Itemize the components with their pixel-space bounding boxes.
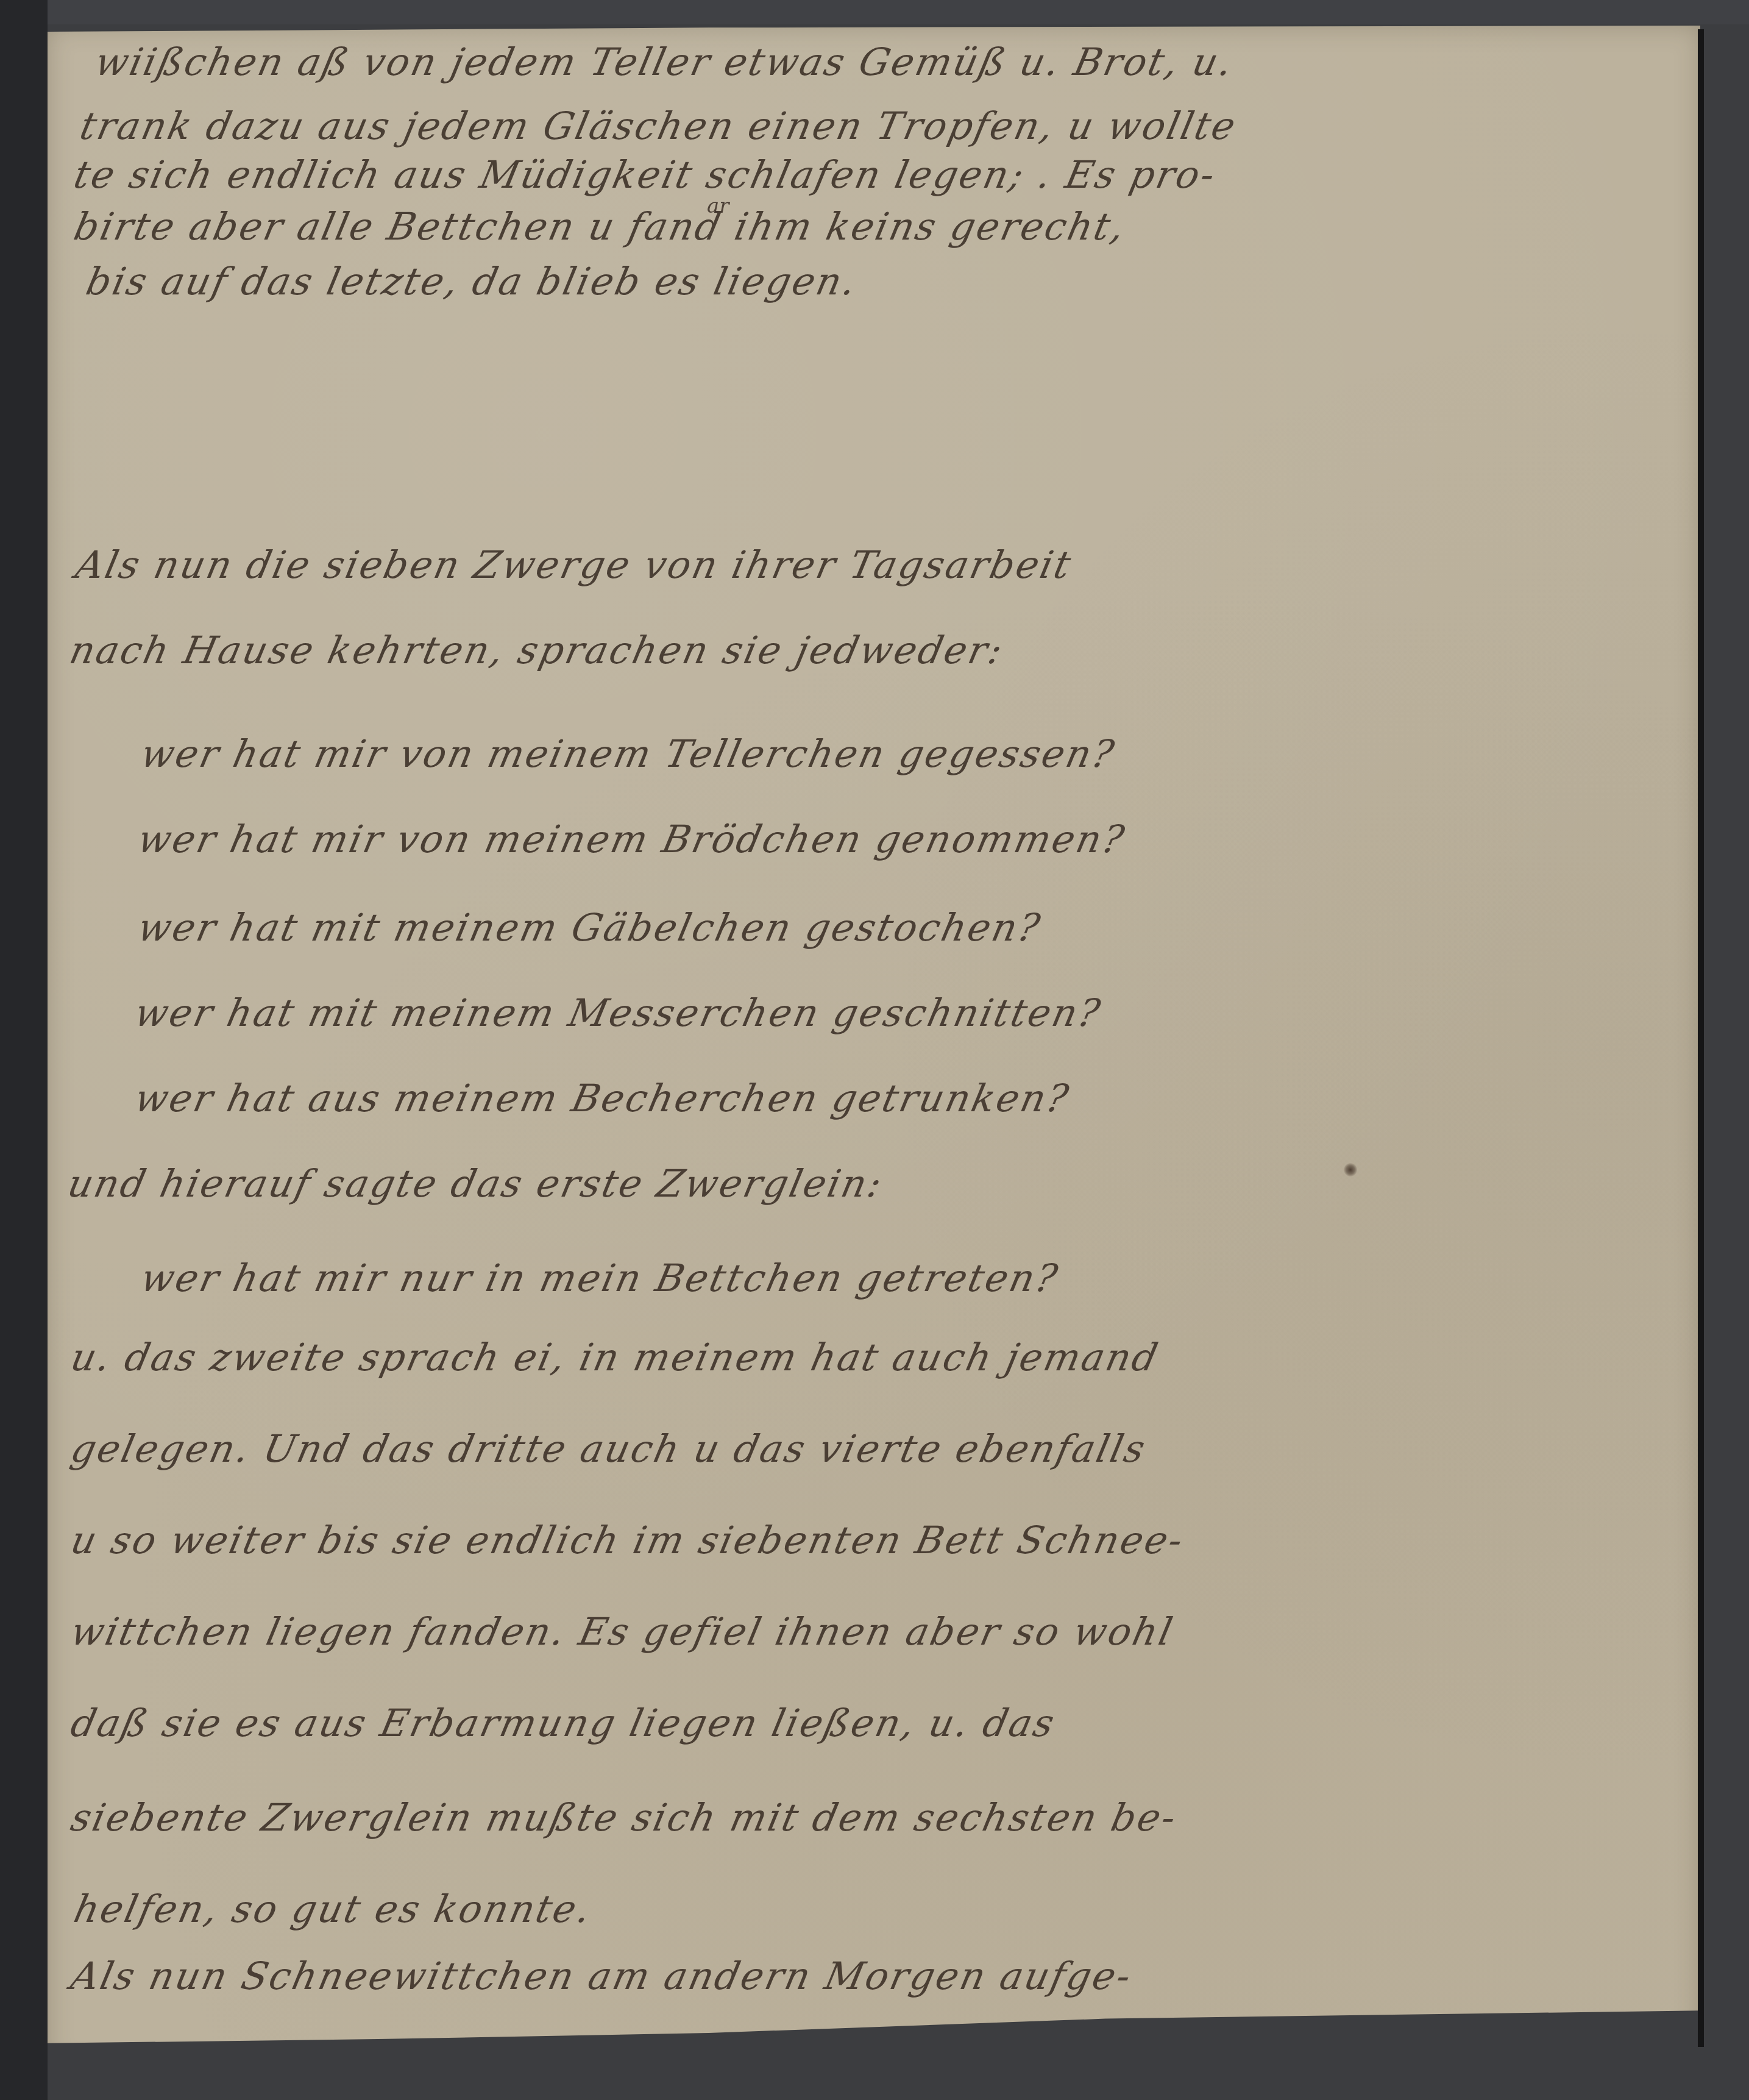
manuscript-line-2: trank dazu aus jedem Gläschen einen Trop… bbox=[76, 104, 1241, 148]
manuscript-line-17: u so weiter bis sie endlich im siebenten… bbox=[67, 1518, 1188, 1562]
left-mount-strip bbox=[0, 0, 48, 2100]
manuscript-line-13: und hierauf sagte das erste Zwerglein: bbox=[64, 1161, 887, 1206]
manuscript-line-15: u. das zweite sprach ei, in meinem hat a… bbox=[67, 1335, 1163, 1379]
manuscript-line-7: nach Hause kehrten, sprachen sie jedwede… bbox=[66, 628, 1008, 672]
manuscript-line-19: daß sie es aus Erbarmung liegen ließen, … bbox=[67, 1701, 1060, 1745]
manuscript-line-22: Als nun Schneewittchen am andern Morgen … bbox=[67, 1954, 1137, 1998]
manuscript-line-21: helfen, so gut es konnte. bbox=[70, 1887, 596, 1931]
manuscript-line-1: wiißchen aß von jedem Teller etwas Gemüß… bbox=[91, 40, 1238, 84]
manuscript-line-3: te sich endlich aus Müdigkeit schlafen l… bbox=[70, 152, 1221, 197]
manuscript-line-10: wer hat mit meinem Gäbelchen gestochen? bbox=[134, 905, 1045, 950]
manuscript-line-6: Als nun die sieben Zwerge von ihrer Tags… bbox=[72, 543, 1076, 587]
manuscript-line-11: wer hat mit meinem Messerchen geschnitte… bbox=[131, 991, 1105, 1035]
manuscript-line-9: wer hat mir von meinem Brödchen genommen… bbox=[134, 817, 1130, 861]
manuscript-line-4: birte aber alle Bettchen u fand ihm kein… bbox=[70, 204, 1130, 249]
manuscript-line-20: siebente Zwerglein mußte sich mit dem se… bbox=[67, 1795, 1182, 1840]
manuscript-line-14: wer hat mir nur in mein Bettchen getrete… bbox=[137, 1256, 1063, 1300]
ink-stain bbox=[1344, 1163, 1357, 1176]
manuscript-line-12: wer hat aus meinem Becherchen getrunken? bbox=[131, 1076, 1074, 1120]
manuscript-line-18: wittchen liegen fanden. Es gefiel ihnen … bbox=[67, 1609, 1178, 1654]
manuscript-page bbox=[48, 26, 1700, 2068]
manuscript-line-8: wer hat mir von meinem Tellerchen gegess… bbox=[137, 731, 1119, 776]
manuscript-line-5: bis auf das letzte, da blieb es liegen. bbox=[82, 259, 862, 304]
mount-background bbox=[48, 0, 1749, 24]
page-right-edge-shadow bbox=[1698, 29, 1704, 2047]
manuscript-line-16: gelegen. Und das dritte auch u das viert… bbox=[67, 1426, 1151, 1471]
